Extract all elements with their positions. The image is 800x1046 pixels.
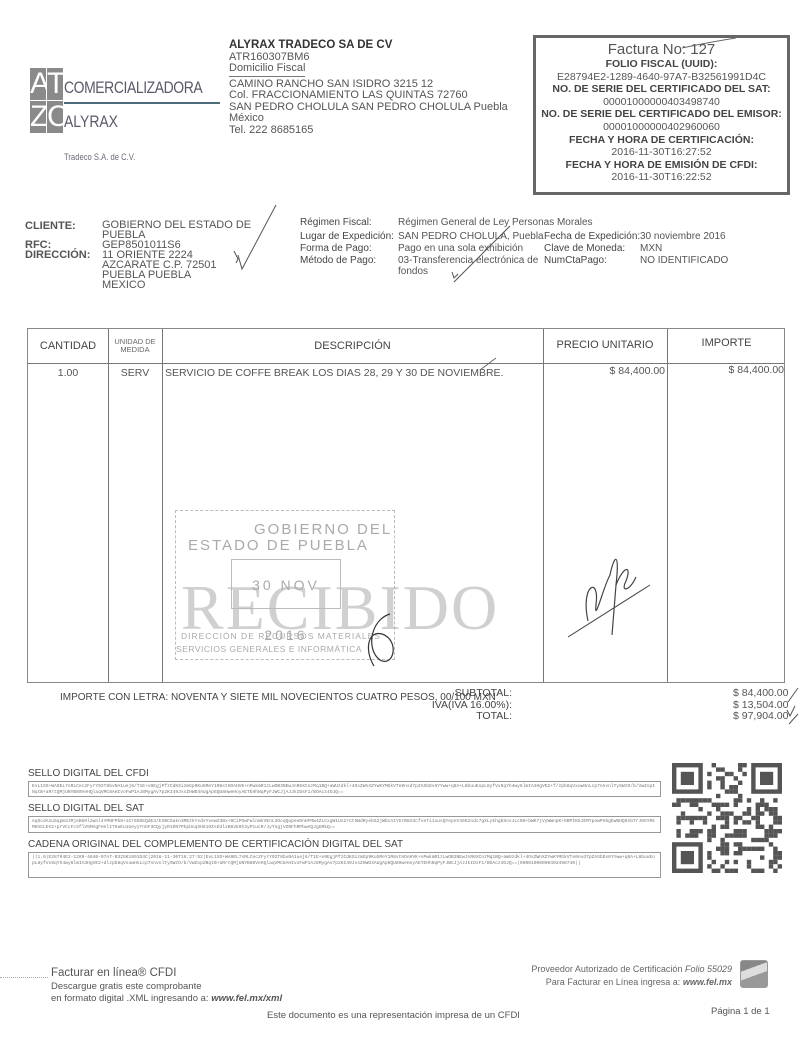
checkmark-signature bbox=[228, 203, 280, 273]
handwritten-initial bbox=[360, 610, 405, 670]
metodo-value-line: fondos bbox=[398, 266, 428, 278]
fecha-label: Fecha de Expedición: bbox=[544, 231, 640, 243]
fel-link[interactable]: www.fel.mx bbox=[683, 977, 732, 987]
forma-label: Forma de Pago: bbox=[300, 243, 372, 255]
cuenta-label: NumCtaPago: bbox=[544, 255, 607, 267]
header-unidad: UNIDAD DE MEDIDA bbox=[108, 329, 162, 363]
total-label: TOTAL: bbox=[476, 711, 512, 723]
stamp-line: SERVICIOS GENERALES E INFORMÁTICA bbox=[176, 644, 362, 654]
metodo-label: Método de Pago: bbox=[300, 255, 376, 267]
header-precio: PRECIO UNITARIO bbox=[543, 329, 667, 363]
pen-mark bbox=[478, 356, 498, 372]
sat-cert-label: NO. DE SERIE DEL CERTIFICADO DEL SAT: bbox=[536, 83, 787, 96]
cadena-original-value: ||1.0|E28794E2-1289-4640-97A7-B32561991D… bbox=[28, 852, 661, 878]
page-number: Página 1 de 1 bbox=[711, 1006, 770, 1017]
row-precio: $ 84,400.00 bbox=[543, 365, 665, 377]
invoice-number: Factura No: 127 bbox=[536, 41, 787, 58]
emitter-address-line: SAN PEDRO CHOLULA SAN PEDRO CHOLULA Pueb… bbox=[229, 102, 529, 114]
fel-logo-icon bbox=[740, 960, 768, 988]
lugar-label: Lugar de Expedición: bbox=[300, 231, 394, 243]
stamp-line: ESTADO DE PUEBLA bbox=[188, 537, 369, 554]
moneda-value: MXN bbox=[640, 243, 662, 255]
folio-fiscal-label: FOLIO FISCAL (UUID): bbox=[536, 58, 787, 71]
sello-cfdi-label: SELLO DIGITAL DEL CFDI bbox=[28, 768, 149, 779]
stamp-line: DIRECCIÓN DE RECURSOS MATERIALES bbox=[181, 631, 381, 641]
cadena-original-label: CADENA ORIGINAL DEL COMPLEMENTO DE CERTI… bbox=[28, 839, 403, 850]
representacion-text: Este documento es una representación imp… bbox=[267, 1010, 520, 1021]
cert-date-label: FECHA Y HORA DE CERTIFICACIÓN: bbox=[536, 134, 787, 147]
cuenta-value: NO IDENTIFICADO bbox=[640, 255, 728, 267]
emisor-cert: 00001000000402960060 bbox=[536, 121, 787, 134]
proveedor-text: Proveedor Autorizado de Certificación bbox=[531, 964, 685, 974]
emitter-address-line: Col. FRACCIONAMIENTO LAS QUINTAS 72760 bbox=[229, 90, 529, 102]
logo-letter: C bbox=[47, 101, 63, 133]
logo-text-tradeco: Tradeco S.A. de C.V. bbox=[64, 152, 135, 162]
logo-divider bbox=[64, 102, 220, 104]
emisor-cert-label: NO. DE SERIE DEL CERTIFICADO DEL EMISOR: bbox=[536, 108, 787, 121]
para-facturar-text: Para Facturar en Línea ingresa a: bbox=[546, 977, 683, 987]
emitter-info: ALYRAX TRADECO SA DE CV ATR160307BM6 Dom… bbox=[229, 40, 529, 136]
direccion-label: DIRECCIÓN: bbox=[25, 250, 90, 261]
emitter-phone: Tel. 222 8685165 bbox=[229, 125, 529, 137]
sello-sat-label: SELLO DIGITAL DEL SAT bbox=[28, 803, 144, 814]
stamp-line: GOBIERNO DEL bbox=[254, 521, 392, 538]
sat-cert: 00001000000403498740 bbox=[536, 96, 787, 109]
invoice-info-box: Factura No: 127 FOLIO FISCAL (UUID): E28… bbox=[533, 35, 790, 195]
row-cantidad: 1.00 bbox=[28, 367, 108, 379]
domicilio-fiscal-label: Domicilio Fiscal bbox=[229, 63, 305, 77]
header-importe: IMPORTE bbox=[667, 329, 786, 363]
checkmarks bbox=[786, 686, 800, 726]
descargue-line: en formato digital .XML ingresando a: bbox=[51, 993, 211, 1004]
direccion-line: MEXICO bbox=[102, 280, 272, 291]
qr-code bbox=[672, 763, 782, 873]
logo-letter: T bbox=[47, 68, 63, 100]
fecha-value: 30 noviembre 2016 bbox=[640, 231, 726, 243]
cliente-label: CLIENTE: bbox=[25, 221, 76, 232]
pen-mark bbox=[680, 36, 740, 52]
signature bbox=[560, 545, 660, 645]
total-value: $ 97,904.00 bbox=[733, 711, 788, 723]
company-logo: A T Z C COMERCIALIZADORA ALYRAX Tradeco … bbox=[30, 68, 200, 168]
pen-stroke bbox=[440, 222, 520, 288]
moneda-label: Clave de Moneda: bbox=[544, 243, 625, 255]
row-descripcion: SERVICIO DE COFFE BREAK LOS DIAS 28, 29 … bbox=[165, 367, 503, 379]
pac-info: Proveedor Autorizado de Certificación Fo… bbox=[0, 963, 772, 988]
emitter-address-line: México bbox=[229, 113, 529, 125]
logo-text-alyrax: ALYRAX bbox=[64, 112, 118, 132]
row-unidad: SERV bbox=[108, 367, 162, 379]
logo-text-comercializadora: COMERCIALIZADORA bbox=[64, 78, 202, 98]
header-cantidad: CANTIDAD bbox=[28, 329, 108, 363]
emision-date: 2016-11-30T16:22:52 bbox=[536, 171, 787, 184]
importe-con-letra: IMPORTE CON LETRA: NOVENTA Y SIETE MIL N… bbox=[60, 692, 496, 703]
logo-letter: A bbox=[30, 68, 46, 100]
logo-letter: Z bbox=[30, 101, 46, 133]
xml-link[interactable]: www.fel.mx/xml bbox=[211, 993, 282, 1004]
subtotal-value: $ 84,400.00 bbox=[733, 688, 788, 700]
subtotal-label: SUBTOTAL: bbox=[455, 688, 512, 700]
sello-cfdi-value: EvL1SS+WA9EL7sRLCec2FyrY92T8bvNA1uej6/T1… bbox=[28, 781, 661, 797]
emitter-name: ALYRAX TRADECO SA DE CV bbox=[229, 40, 529, 52]
emision-date-label: FECHA Y HORA DE EMISIÓN DE CFDI: bbox=[536, 159, 787, 172]
sello-sat-value: AqScdA1uSqpm3JMjeBUHl2wnl4YMNFPb8+1Cr66D… bbox=[28, 816, 661, 833]
header-unidad-line: MEDIDA bbox=[120, 346, 149, 354]
folio-pac: Folio 55029 bbox=[685, 964, 732, 974]
regimen-label: Régimen Fiscal: bbox=[300, 217, 372, 229]
folio-fiscal: E28794E2-1289-4640-97A7-B32561991D4C bbox=[536, 71, 787, 84]
cert-date: 2016-11-30T16:27:52 bbox=[536, 146, 787, 159]
stamp-date: 30 NOV 2016 bbox=[231, 559, 341, 609]
row-importe: $ 84,400.00 bbox=[667, 364, 784, 376]
